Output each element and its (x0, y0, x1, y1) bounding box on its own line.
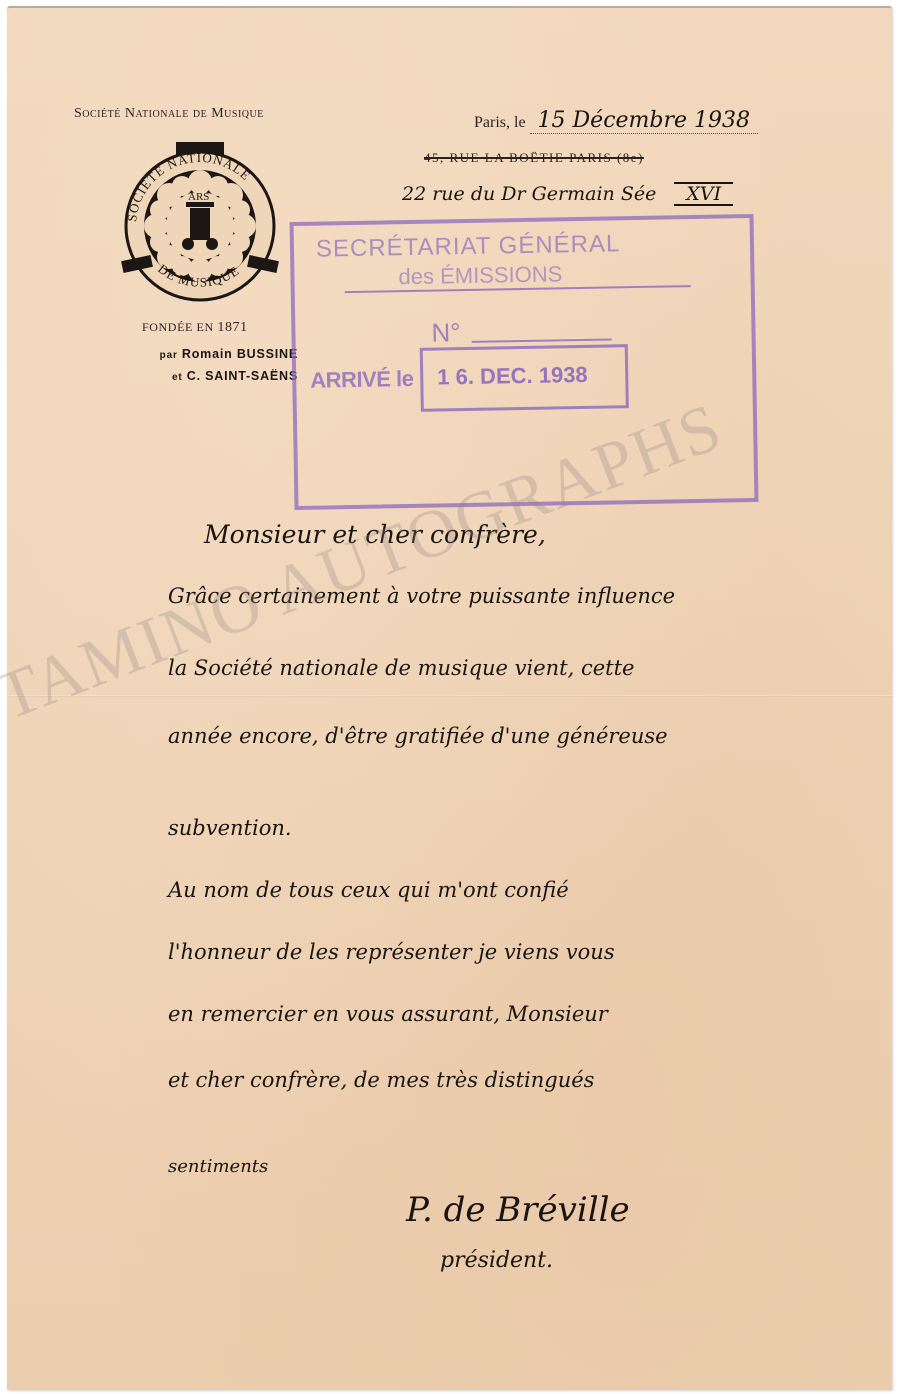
salutation: Monsieur et cher confrère, (204, 520, 546, 549)
stamp-line-1: SECRÉTARIAT GÉNÉRAL (316, 230, 621, 263)
arrondissement: XVI (674, 182, 733, 206)
founded-label: Fondée en (142, 320, 214, 334)
letter-line: l'honneur de les représenter je viens vo… (168, 940, 615, 964)
dateline-handwritten: 15 Décembre 1938 (530, 108, 758, 134)
paper-fold-crease (7, 695, 892, 697)
letter-line: subvention. (168, 816, 292, 840)
stamp-line-2: des ÉMISSIONS (398, 261, 562, 290)
svg-text:ARS: ARS (188, 191, 209, 203)
society-emblem-icon: ARS SOCIÉTÉ NATIONALE DE MUSIQUE (118, 140, 282, 304)
stamp-number-label: N° (431, 317, 461, 349)
letter-line: Grâce certainement à votre puissante inf… (168, 584, 675, 608)
stamp-number-line (472, 338, 612, 342)
founders-block: par Romain BUSSINE et C. SAINT-SAËNS (132, 344, 298, 388)
letter-line: la Société nationale de musique vient, c… (168, 656, 634, 680)
struck-address: 45, RUE LA BOËTIE PARIS (8e) (424, 150, 644, 166)
founded-year: 1871 (217, 320, 247, 335)
founded-line: Fondée en 1871 (142, 320, 248, 336)
letter-line: et cher confrère, de mes très distingués (168, 1068, 594, 1092)
stamp-date-box: 1 6. DEC. 1938 (420, 344, 629, 412)
received-stamp: SECRÉTARIAT GÉNÉRAL des ÉMISSIONS N° ARR… (290, 214, 759, 510)
letter-line: Au nom de tous ceux qui m'ont confié (168, 878, 569, 902)
dateline-printed: Paris, le (474, 114, 526, 131)
dateline: Paris, le 15 Décembre 1938 (474, 108, 758, 133)
stamp-arrival-label: ARRIVÉ le (310, 366, 414, 394)
letter-line: sentiments (168, 1156, 268, 1177)
founder-line-1: par Romain BUSSINE (132, 344, 298, 366)
stamp-arrival-date: 1 6. DEC. 1938 (437, 362, 588, 391)
founder-line-2: et C. SAINT-SAËNS (132, 366, 298, 388)
letterhead-organization: Société Nationale de Musique (74, 106, 264, 122)
signature-title: président. (440, 1248, 553, 1273)
handwritten-address: 22 rue du Dr Germain Sée XVI (402, 182, 733, 206)
signature: P. de Bréville (406, 1190, 630, 1230)
letter-line: année encore, d'être gratifiée d'une gén… (168, 724, 668, 748)
letter-line: en remercier en vous assurant, Monsieur (168, 1002, 608, 1026)
